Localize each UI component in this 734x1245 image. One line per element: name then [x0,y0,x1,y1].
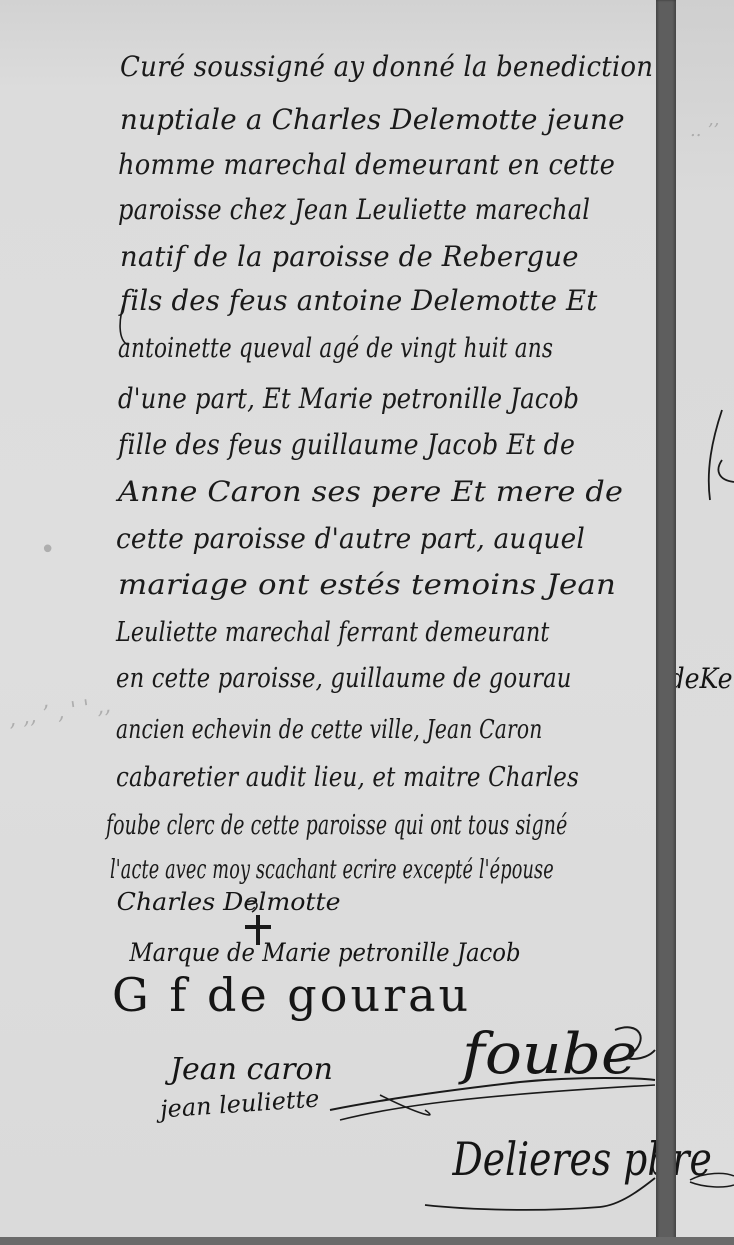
binding-gutter [656,0,676,1245]
bride-mark-label: Marque de Marie petronille Jacob [129,938,520,967]
record-line: fils des feus antoine Delemotte Et [120,284,598,317]
register-page-right [676,0,734,1237]
record-line: cette paroisse d'autre part, auquel [116,522,585,555]
record-line: homme marechal demeurant en cette [118,148,615,181]
signature-groom: Charles Delmotte [117,888,341,916]
bleed-through-mark: .. ʼʼ [690,120,719,141]
record-line: antoinette queval agé de vingt huit ans [118,333,553,364]
record-line: foube clerc de cette paroisse qui ont to… [106,810,567,841]
record-line: Leuliette marechal ferrant demeurant [116,617,549,648]
record-line: Curé soussigné ay donné la benediction [120,50,653,83]
adjacent-page-fragment: deKeu [668,662,734,695]
record-line: paroisse chez Jean Leuliette marechal [118,193,590,226]
signature-witness-caron: Jean caron [170,1052,333,1087]
signature-witness-gourau: G f de gourau [112,968,471,1022]
record-line: cabaretier audit lieu, et maitre Charles [116,762,579,793]
record-line: mariage ont estés temoins Jean [118,568,616,601]
record-line: en cette paroisse, guillaume de gourau [116,663,572,694]
record-line: Anne Caron ses pere Et mere de [118,475,623,508]
record-line: fille des feus guillaume Jacob Et de [118,428,575,461]
signature-witness-foube: foube [462,1022,637,1087]
record-line: l'acte avec moy scachant ecrire excepté … [110,855,554,885]
record-line: ancien echevin de cette ville, Jean Caro… [116,715,542,745]
bleed-through-mark: • [40,535,55,565]
record-line: d'une part, Et Marie petronille Jacob [118,382,579,415]
record-line: nuptiale a Charles Delemotte jeune [120,103,625,136]
scan-bottom-edge [0,1237,734,1245]
record-line: natif de la paroisse de Rebergue [120,240,579,273]
